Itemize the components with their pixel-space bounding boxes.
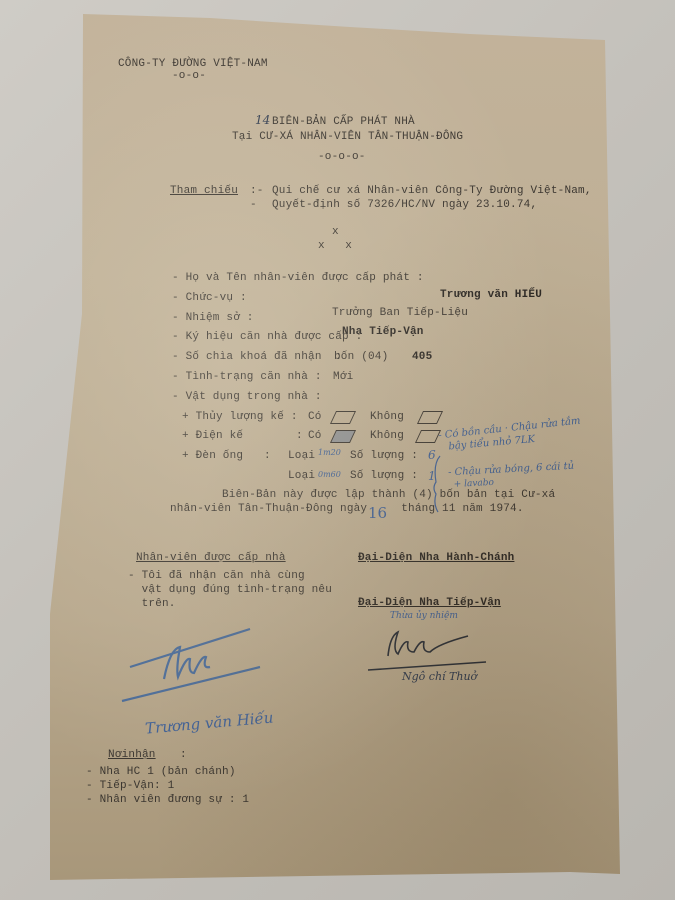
electric-meter-yes-checkbox-checked[interactable] <box>330 430 356 443</box>
distribution-item: - Tiếp-Vận: 1 <box>86 780 174 793</box>
water-meter-yes-checkbox[interactable] <box>330 411 356 424</box>
handwritten-note: bậy tiểu nhỏ 7LK <box>442 434 536 453</box>
field-value-house-condition: Mới <box>333 371 353 384</box>
tube-light-type-value: 0m60 <box>318 470 341 479</box>
tube-lights-colon: : <box>264 450 271 463</box>
tube-light-type-value: 1m20 <box>318 448 341 457</box>
tube-lights-label: + Đèn ống <box>182 450 243 463</box>
handwritten-note: + lavabo <box>448 478 494 490</box>
field-label-full-name: - Họ và Tên nhân-viên được cấp phát : <box>172 272 424 285</box>
field-label-workplace: - Nhiệm sở : <box>172 312 254 325</box>
electric-meter-colon: : <box>296 430 303 443</box>
recipient-heading: Nhân-viên được cấp nhà <box>136 552 286 565</box>
field-value-position: Trưởng Ban Tiếp-Liệu <box>332 307 468 320</box>
closing-line: Biên-Bản này được lập thành (4) bốn bản … <box>222 489 555 502</box>
tube-light-qty-label: Số lượng : <box>350 470 418 483</box>
logistics-signature <box>368 626 508 676</box>
admin-heading: Đại-Diện Nha Hành-Chánh <box>358 552 514 565</box>
reference-item: Quyết-định số 7326/HC/NV ngày 23.10.74, <box>272 199 537 212</box>
tube-light-qty-value: 6 <box>428 448 436 462</box>
logistics-annotation: Thừa ủy nhiệm <box>390 611 458 621</box>
electric-meter-no-label: Không <box>370 430 404 443</box>
field-value-workplace: Nha Tiếp-Vận <box>342 326 424 339</box>
logistics-printed-name: Ngô chí Thuở <box>402 670 477 683</box>
handwritten-bracket <box>430 454 442 514</box>
field-label-position: - Chức-vụ : <box>172 292 247 305</box>
handwritten-note: - Chậu rửa bóng, 6 cái tủ <box>448 461 575 479</box>
electric-meter-yes-label: Có <box>308 430 322 443</box>
tube-light-qty-label: Số lượng : <box>350 450 418 463</box>
distribution-item: - Nhân viên đương sự : 1 <box>86 794 249 807</box>
water-meter-label: + Thủy lượng kế : <box>182 411 298 424</box>
title-ornament: -o-o-o- <box>318 151 366 164</box>
field-value-full-name: Trương văn HIẾU <box>440 289 542 302</box>
tube-light-type-label: Loại <box>288 470 315 483</box>
reference-item: Qui chế cư xá Nhân-viên Công-Ty Đường Vi… <box>272 185 592 198</box>
water-meter-yes-label: Có <box>308 411 322 424</box>
field-value-keys: bốn (04) <box>334 351 388 364</box>
company-ornament: -o-o- <box>172 70 206 83</box>
tube-light-type-label: Loại <box>288 450 315 463</box>
recipient-statement: trên. <box>128 598 176 611</box>
handwritten-note: - Có bồn cầu · Chậu rửa tắm <box>438 416 581 442</box>
field-label-keys: - Số chìa khoá đã nhận : <box>172 351 342 364</box>
document-sheet: CÔNG-TY ĐƯỜNG VIỆT-NAM -o-o- 14 BIÊN-BẢN… <box>50 14 620 880</box>
logistics-heading: Đại-Diện Nha Tiếp-Vận <box>358 597 501 610</box>
field-label-house-code: - Ký hiệu căn nhà được cấp : <box>172 331 362 344</box>
field-label-house-condition: - Tình-trạng căn nhà : <box>172 371 322 384</box>
handwritten-doc-number: 14 <box>255 113 270 127</box>
field-label-furnishings: - Vật dụng trong nhà : <box>172 391 322 404</box>
document-title: BIÊN-BẢN CẤP PHÁT NHÀ <box>272 116 415 129</box>
recipient-printed-name: Trương văn Hiếu <box>144 708 274 737</box>
divider-mark: x <box>332 226 339 239</box>
recipient-signature <box>130 629 290 709</box>
tube-light-qty-value: 1 <box>428 469 436 483</box>
closing-line: nhân-viên Tân-Thuận-Đông ngày tháng 11 n… <box>170 503 524 516</box>
recipient-statement: - Tôi đã nhận căn nhà cùng <box>128 570 305 583</box>
document-subtitle: Tại CƯ-XÁ NHÂN-VIÊN TÂN-THUẬN-ĐÔNG <box>232 131 463 144</box>
recipient-statement: vật dụng đúng tình-trạng nêu <box>128 584 332 597</box>
handwritten-day: 16 <box>368 504 387 522</box>
water-meter-no-label: Không <box>370 411 404 424</box>
distribution-colon: : <box>180 749 187 762</box>
distribution-item: - Nha HC 1 (bản chánh) <box>86 766 236 779</box>
electric-meter-no-checkbox[interactable] <box>415 430 441 443</box>
reference-label: Tham chiếu <box>170 185 238 198</box>
distribution-heading: Nơinhận <box>108 749 156 762</box>
electric-meter-label: + Điện kế <box>182 430 243 443</box>
reference-dash: - <box>250 199 257 212</box>
field-value-house-code: 405 <box>412 351 432 364</box>
divider-mark: x x <box>318 240 352 253</box>
company-name: CÔNG-TY ĐƯỜNG VIỆT-NAM <box>118 58 268 71</box>
water-meter-no-checkbox[interactable] <box>417 411 443 424</box>
reference-separator: :- <box>250 185 264 198</box>
